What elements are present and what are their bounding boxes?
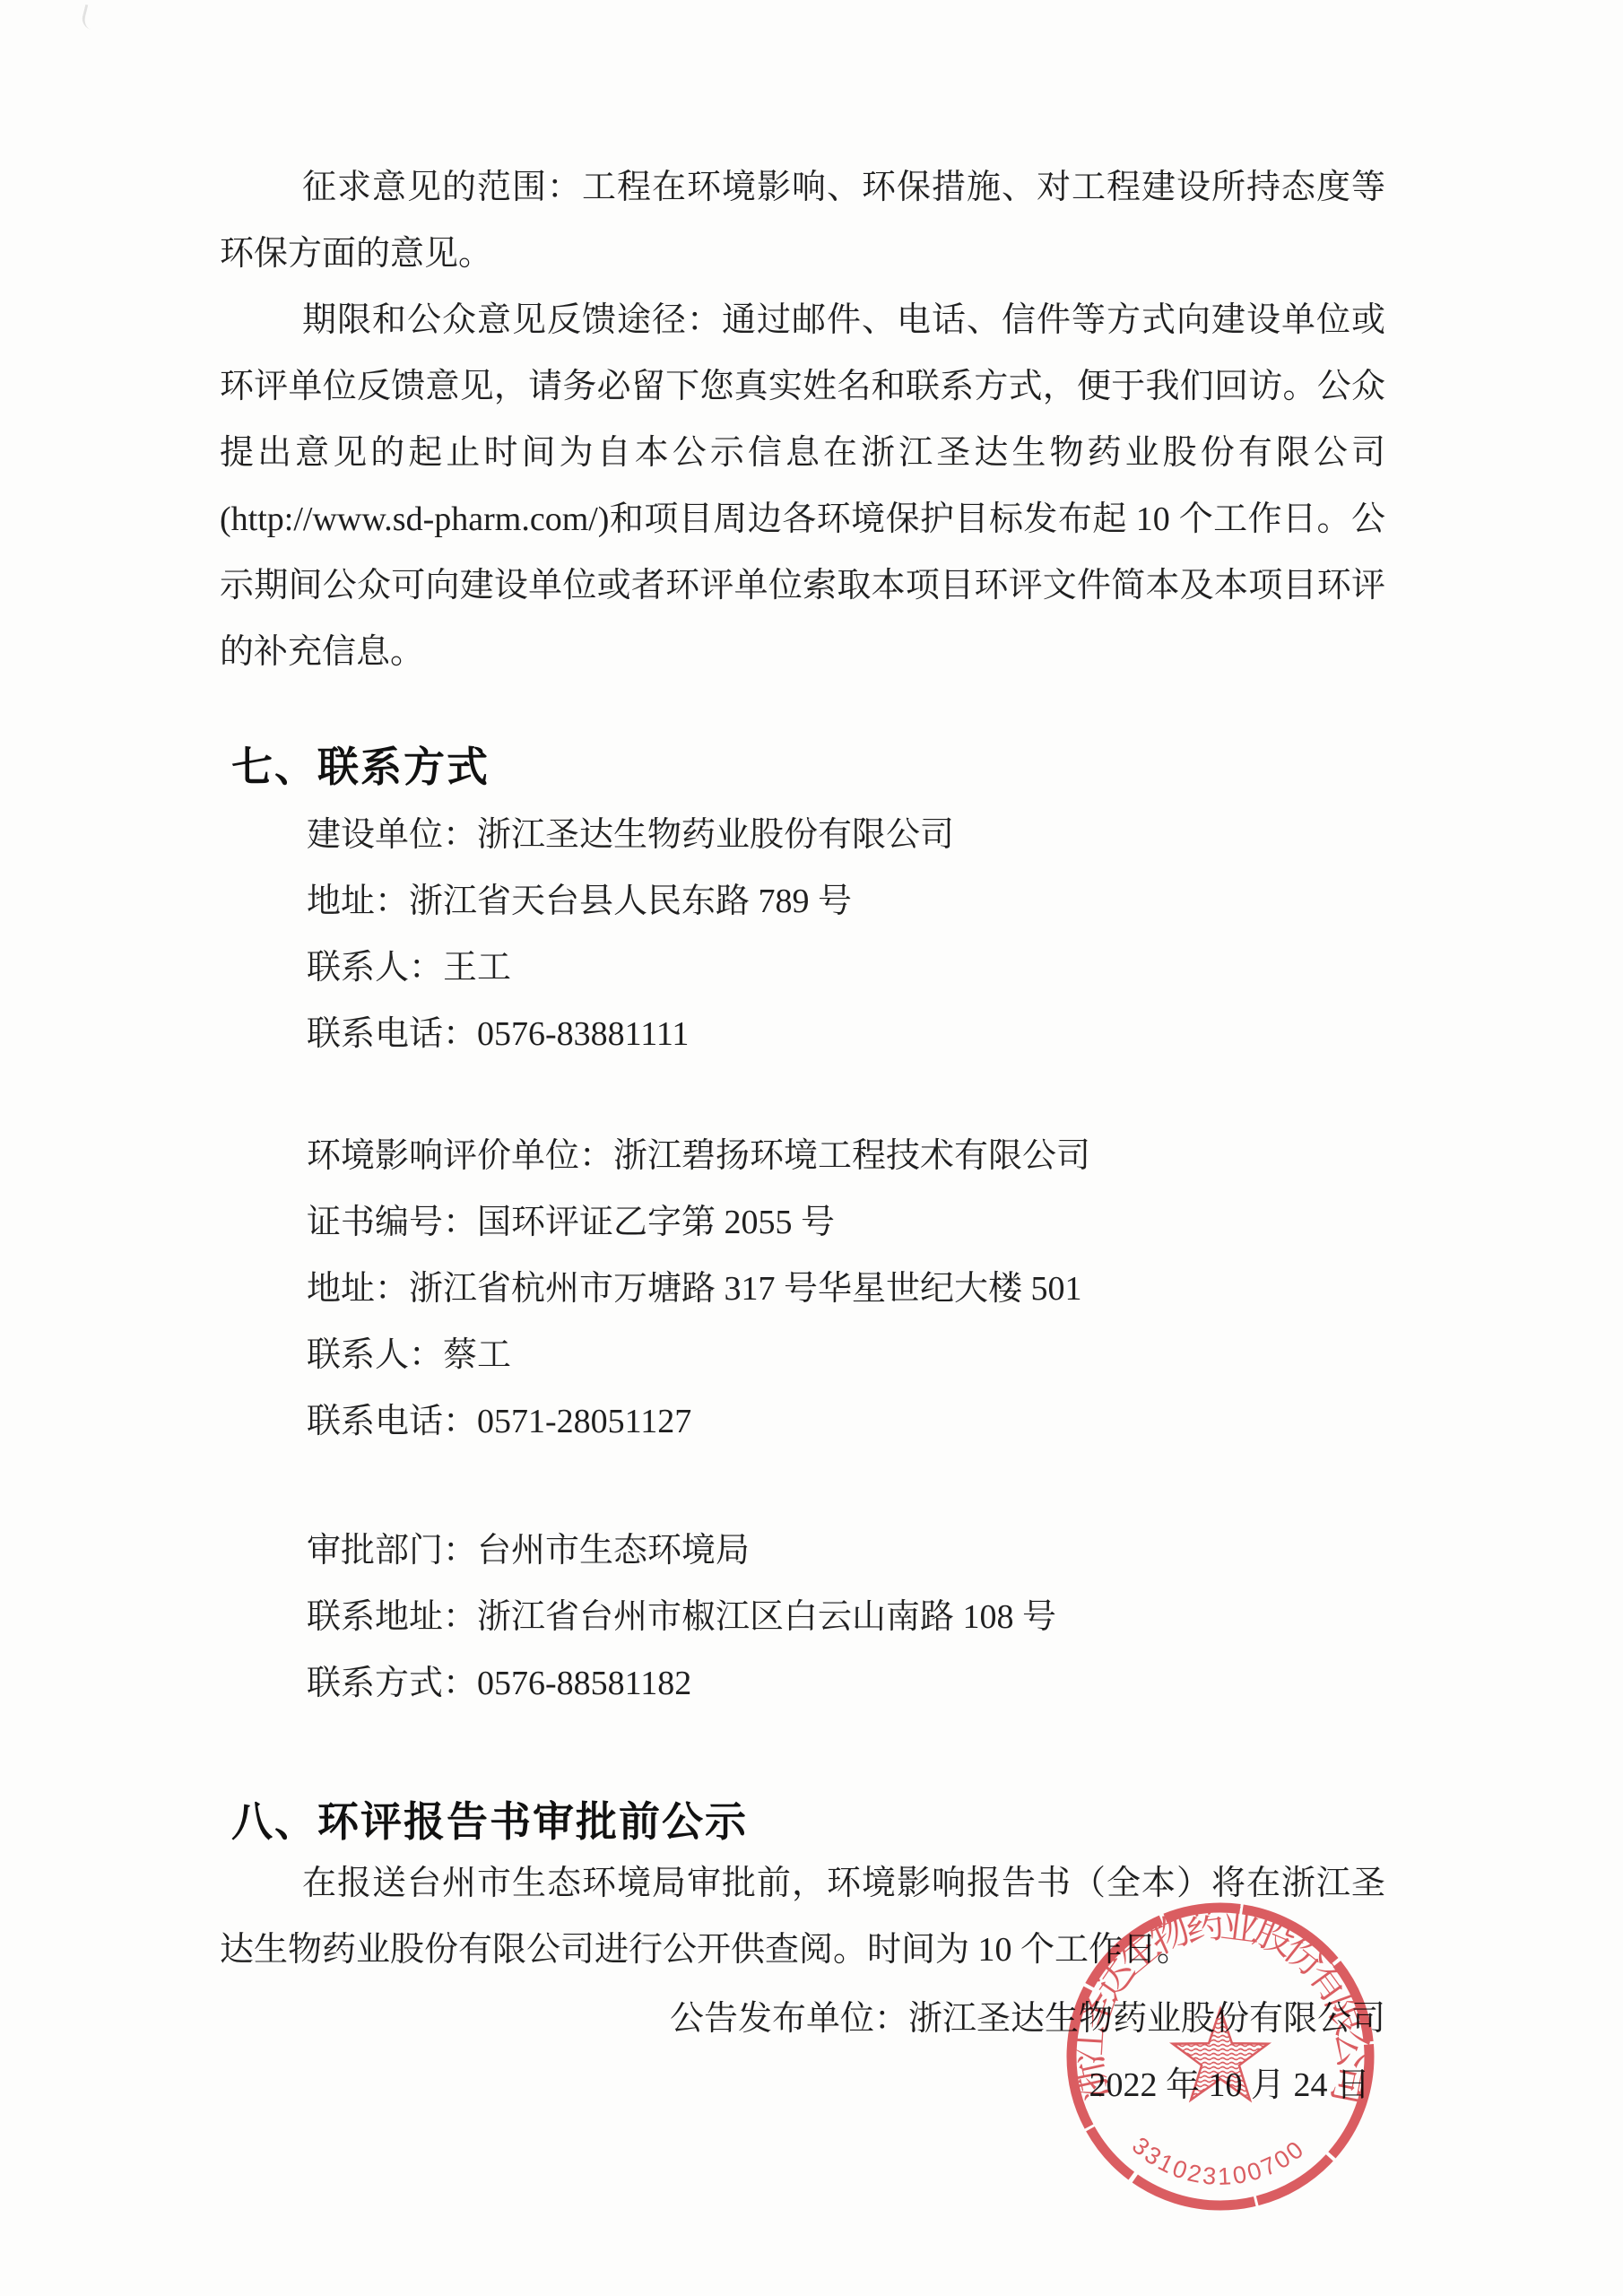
document-content: 征求意见的范围：工程在环境影响、环保措施、对工程建设所持态度等环保方面的意见。 …	[0, 0, 1623, 2296]
paragraph-scope: 征求意见的范围：工程在环境影响、环保措施、对工程建设所持态度等环保方面的意见。	[220, 154, 1385, 287]
paragraph-feedback: 期限和公众意见反馈途径：通过邮件、电话、信件等方式向建设单位或环评单位反馈意见，…	[220, 287, 1385, 685]
builder-unit-line: 建设单位：浙江圣达生物药业股份有限公司	[307, 802, 1385, 868]
section-contact-heading: 七、联系方式	[231, 738, 1385, 796]
builder-address-line: 地址：浙江省天台县人民东路 789 号	[307, 868, 1385, 935]
approval-contact-block: 审批部门：台州市生态环境局 联系地址：浙江省台州市椒江区白云山南路 108 号 …	[220, 1518, 1385, 1717]
issuer-line: 公告发布单位：浙江圣达生物药业股份有限公司	[220, 1986, 1385, 2052]
paragraph-preapproval: 在报送台州市生态环境局审批前，环境影响报告书（全本）将在浙江圣达生物药业股份有限…	[220, 1850, 1385, 1983]
approval-address-line: 联系地址：浙江省台州市椒江区白云山南路 108 号	[307, 1584, 1385, 1650]
approval-phone-line: 联系方式：0576-88581182	[307, 1650, 1385, 1717]
eia-address-line: 地址：浙江省杭州市万塘路 317 号华星世纪大楼 501	[307, 1256, 1385, 1322]
eia-contact-block: 环境影响评价单位：浙江碧扬环境工程技术有限公司 证书编号：国环评证乙字第 205…	[220, 1123, 1385, 1455]
eia-certificate-line: 证书编号：国环评证乙字第 2055 号	[307, 1189, 1385, 1256]
document-page: 征求意见的范围：工程在环境影响、环保措施、对工程建设所持态度等环保方面的意见。 …	[0, 0, 1623, 2296]
builder-phone-line: 联系电话：0576-83881111	[307, 1001, 1385, 1067]
builder-contact-block: 建设单位：浙江圣达生物药业股份有限公司 地址：浙江省天台县人民东路 789 号 …	[220, 802, 1385, 1067]
section-preapproval-heading: 八、环评报告书审批前公示	[231, 1793, 1385, 1850]
eia-person-line: 联系人：蔡工	[307, 1322, 1385, 1388]
eia-unit-line: 环境影响评价单位：浙江碧扬环境工程技术有限公司	[307, 1123, 1385, 1189]
approval-department-line: 审批部门：台州市生态环境局	[307, 1518, 1385, 1584]
date-line: 2022 年 10 月 24 日	[220, 2052, 1385, 2118]
builder-person-line: 联系人：王工	[307, 935, 1385, 1001]
eia-phone-line: 联系电话：0571-28051127	[307, 1388, 1385, 1455]
